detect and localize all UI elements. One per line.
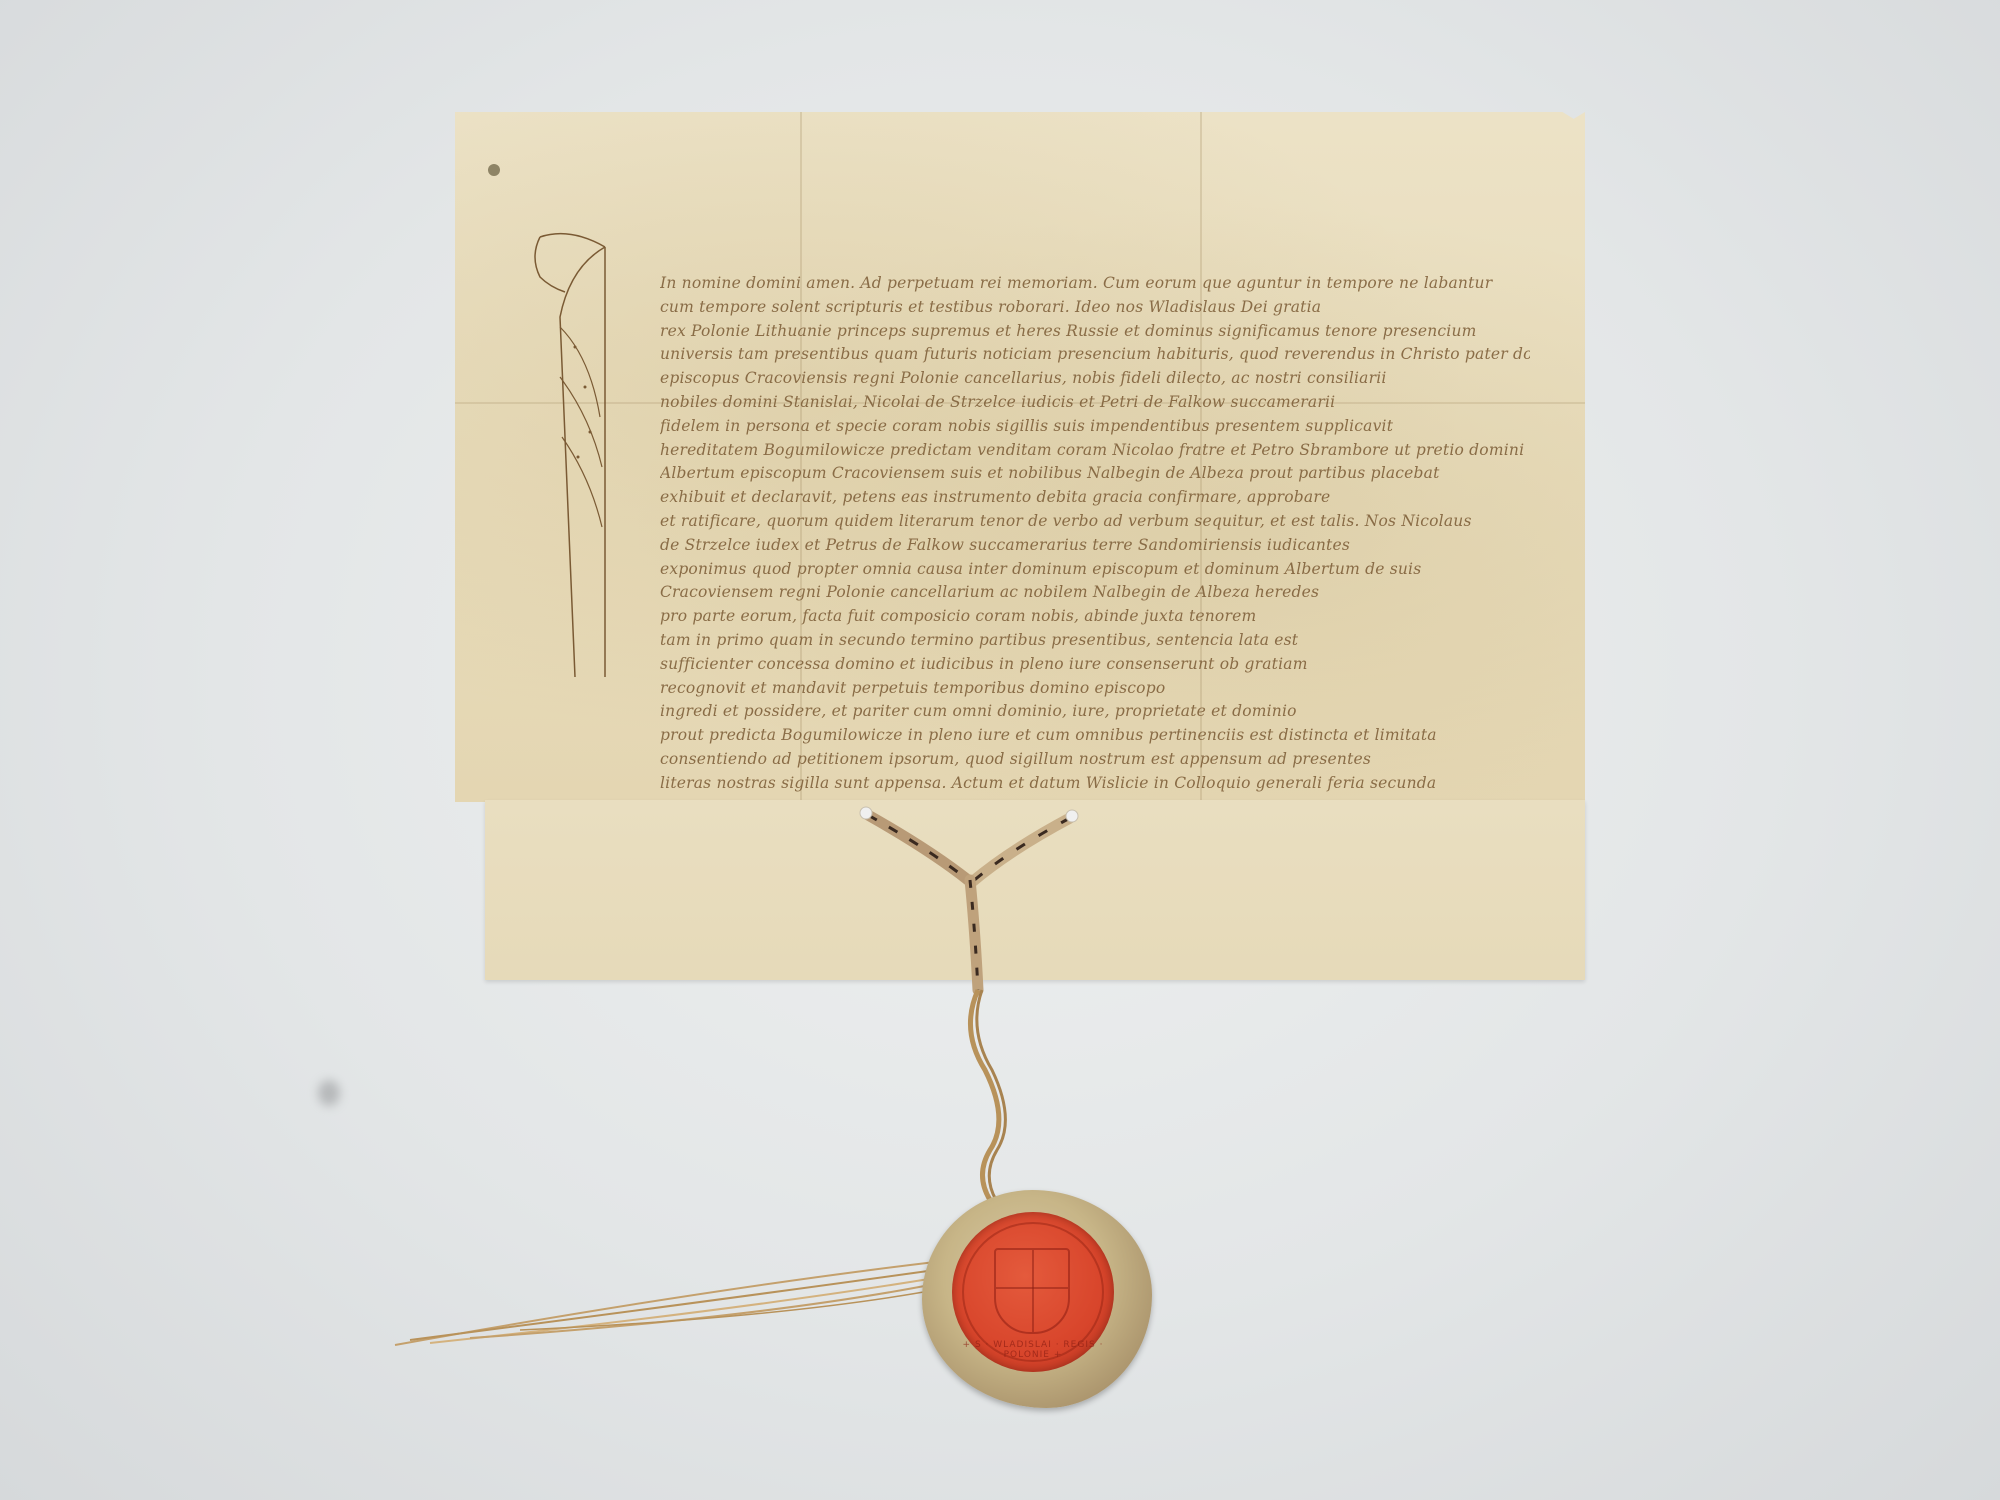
wax-seal: + S · WLADISLAI · REGIS · POLONIE + [922, 1190, 1152, 1408]
seal-legend: + S · WLADISLAI · REGIS · POLONIE + [952, 1340, 1114, 1360]
quartered-shield-icon [994, 1248, 1070, 1334]
seal-red-wax: + S · WLADISLAI · REGIS · POLONIE + [952, 1212, 1114, 1372]
